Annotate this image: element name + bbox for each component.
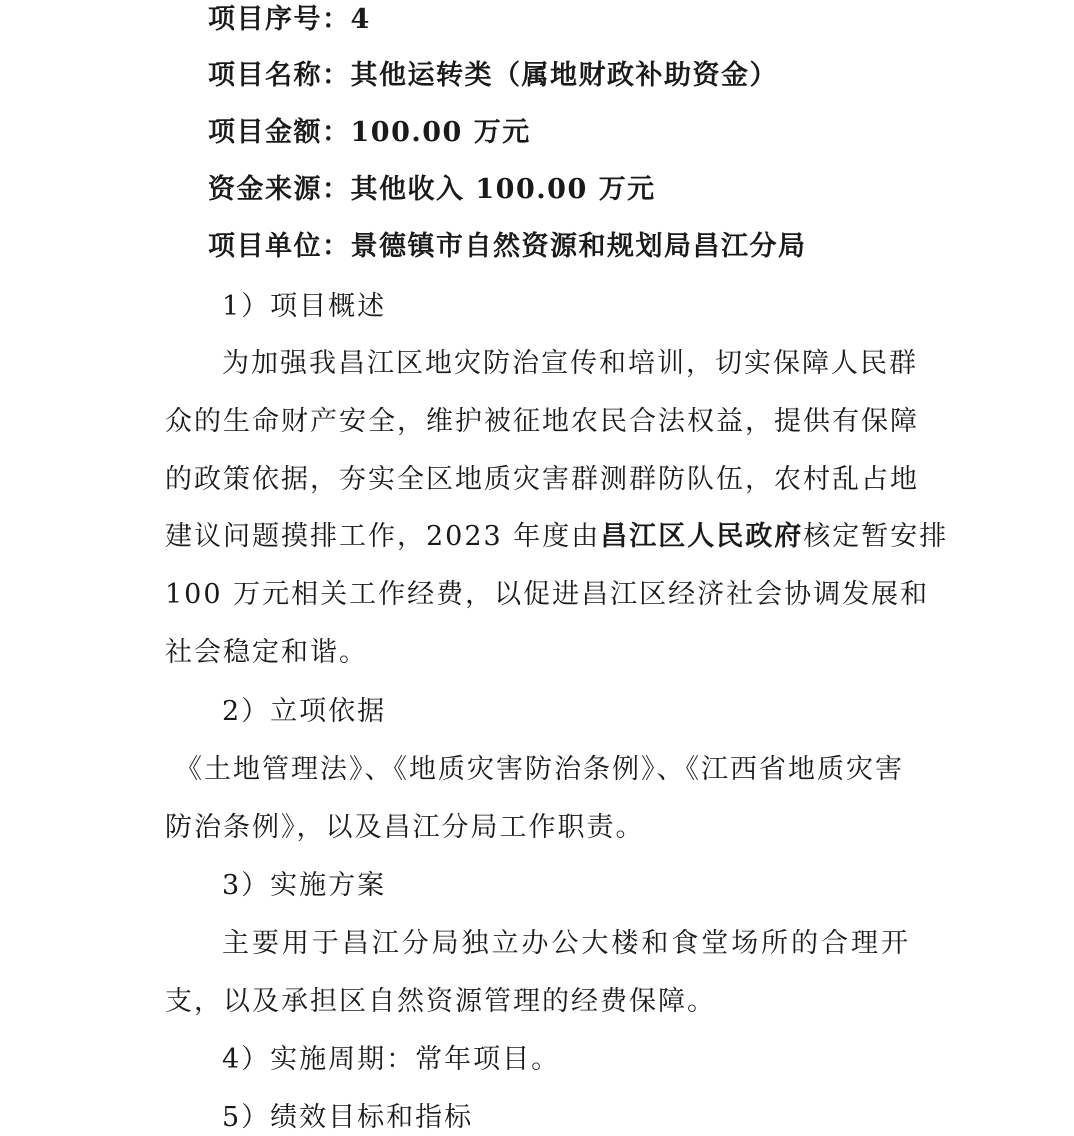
section-heading-targets: 5）绩效目标和指标 (222, 1100, 473, 1136)
field-project-number: 项目序号：4 (208, 2, 371, 38)
text-run: 建议问题摸排工作，2023 年度由 (165, 521, 600, 552)
field-project-amount: 项目金额：100.00 万元 (208, 115, 531, 151)
field-fund-source: 资金来源：其他收入 100.00 万元 (208, 172, 656, 208)
document-page: 项目序号：4 项目名称：其他运转类（属地财政补助资金） 项目金额：100.00 … (0, 0, 1074, 1136)
paragraph-line: 众的生命财产安全，维护被征地农民合法权益，提供有保障 (165, 404, 910, 440)
field-label: 项目名称： (208, 60, 351, 91)
emphasized-text: 昌江区人民政府 (600, 521, 803, 552)
text-run: 核定暂安排 (803, 521, 948, 552)
paragraph-line: 防治条例》，以及昌江分局工作职责。 (165, 810, 645, 846)
field-label: 项目单位： (208, 231, 351, 262)
field-label: 项目金额： (208, 117, 351, 148)
paragraph-line: 《土地管理法》、《地质灾害防治条例》、《江西省地质灾害 (175, 752, 904, 788)
paragraph-line: 主要用于昌江分局独立办公大楼和食堂场所的合理开 (222, 926, 910, 962)
paragraph-line: 社会稳定和谐。 (165, 635, 368, 671)
field-project-name: 项目名称：其他运转类（属地财政补助资金） (208, 58, 778, 94)
field-value: 其他运转类（属地财政补助资金） (351, 60, 779, 91)
paragraph-line: 的政策依据，夯实全区地质灾害群测群防队伍，农村乱占地 (165, 462, 910, 498)
field-value: 其他收入 100.00 万元 (351, 174, 656, 205)
field-value: 景德镇市自然资源和规划局昌江分局 (351, 231, 807, 262)
field-value: 100.00 万元 (351, 117, 531, 148)
paragraph-line: 建议问题摸排工作，2023 年度由昌江区人民政府核定暂安排 (165, 519, 948, 555)
field-label: 资金来源： (208, 174, 351, 205)
section-heading-period: 4）实施周期：常年项目。 (222, 1042, 560, 1078)
section-heading-basis: 2）立项依据 (222, 694, 386, 730)
section-heading-plan: 3）实施方案 (222, 868, 386, 904)
section-heading-overview: 1）项目概述 (222, 289, 386, 325)
field-project-unit: 项目单位：景德镇市自然资源和规划局昌江分局 (208, 229, 807, 265)
paragraph-line: 100 万元相关工作经费，以促进昌江区经济社会协调发展和 (165, 577, 910, 613)
field-value: 4 (351, 4, 371, 35)
paragraph-line: 支，以及承担区自然资源管理的经费保障。 (165, 984, 716, 1020)
field-label: 项目序号： (208, 4, 351, 35)
paragraph-line: 为加强我昌江区地灾防治宣传和培训，切实保障人民群 (222, 346, 910, 382)
